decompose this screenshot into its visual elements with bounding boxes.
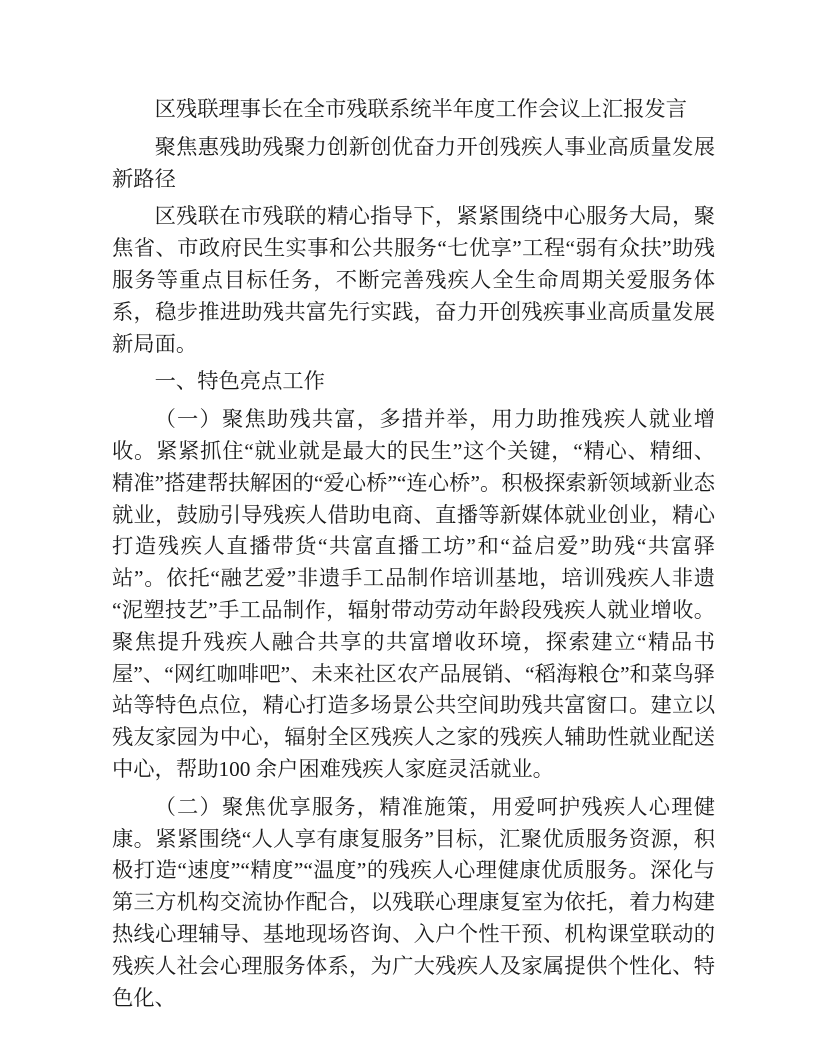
intro-paragraph: 区残联在市残联的精心指导下，紧紧围绕中心服务大局，聚焦省、市政府民生实事和公共服… xyxy=(112,201,715,360)
document-page: 区残联理事长在全市残联系统半年度工作会议上汇报发言 聚焦惠残助残聚力创新创优奋力… xyxy=(0,0,816,1056)
subsection-paragraph-2: （二）聚焦优享服务，精准施策，用爱呵护残疾人心理健康。紧紧围绕“人人享有康复服务… xyxy=(112,792,715,1015)
section-heading-1: 一、特色亮点工作 xyxy=(112,366,715,398)
document-title: 区残联理事长在全市残联系统半年度工作会议上汇报发言 xyxy=(112,94,715,126)
document-subtitle: 聚焦惠残助残聚力创新创优奋力开创残疾人事业高质量发展新路径 xyxy=(112,132,715,196)
subsection-paragraph-1: （一）聚焦助残共富，多措并举，用力助推残疾人就业增收。紧紧抓住“就业就是最大的民… xyxy=(112,404,715,786)
